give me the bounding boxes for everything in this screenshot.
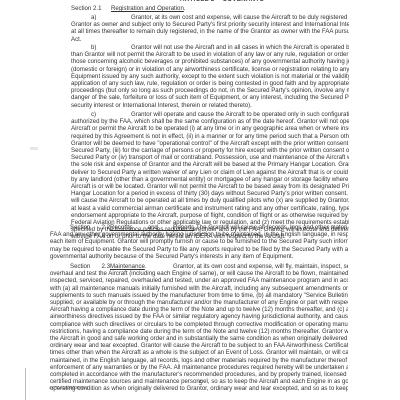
section-2-2: Section 2.2Records and Reports. The Gran… (50, 224, 348, 260)
text-line: airworthiness directives issued by the F… (50, 313, 348, 320)
text-line: required by this Agreement is not in eff… (71, 133, 349, 140)
text-line: overhaul and test the Aircraft (includin… (50, 270, 348, 277)
line-text: Grantor, at its own cost and expense, wi… (173, 263, 348, 270)
text-line: compliance with such directives or circu… (50, 321, 348, 328)
text-line: a)Grantor, at its own cost and expense, … (71, 14, 349, 21)
section-number: Section 2.1 (71, 5, 111, 12)
text-line: restrictions, having a compliance date d… (50, 328, 348, 335)
page-number: 5 (199, 381, 202, 387)
text-line: (domestic or foreign) or in violation of… (71, 66, 349, 73)
line-text: The Grantor will cause all records, logs… (196, 224, 348, 231)
text-line: those concerning alcoholic beverages or … (71, 58, 349, 65)
text-line: authorized by the FAA, which shall be th… (71, 118, 349, 125)
text-line: at least a valid commercial airman certi… (71, 205, 349, 212)
paragraph-label: b) (71, 44, 131, 51)
scan-mark (30, 147, 38, 150)
text-line: endorsement appropriate to the Aircraft,… (71, 212, 349, 219)
text-line: supplied, or available by or through the… (50, 299, 348, 306)
text-line: FAA and any other governmental authority… (50, 231, 348, 238)
text-line: each item of Equipment. Grantor will pro… (50, 238, 348, 245)
text-line: Grantor as owner and subject only to Sec… (71, 21, 349, 28)
article-heading: ARTICLE 2 – COVENANTS (180, 0, 264, 3)
section-2-1-heading: Section 2.1Registration and Operation. (71, 5, 186, 12)
text-line: completed in accordance with the manufac… (50, 371, 348, 378)
text-line: the sole risk and expense of Grantor and… (71, 161, 349, 168)
document-id: ACTIVE 50063030v1 (49, 385, 88, 390)
paragraph-label: a) (71, 14, 131, 21)
text-line: b)Grantor will not use the Aircraft and … (71, 44, 349, 51)
text-line: proceedings (but only so long as such pr… (71, 87, 349, 94)
line-text: Grantor, at its own cost and expense, wi… (131, 14, 349, 21)
text-line: Secured Party or (iv) transport of mail … (71, 154, 349, 161)
text-line: Aircraft or permit the Aircraft to be op… (71, 125, 349, 132)
text-line: by any landlord (other than a government… (71, 176, 349, 183)
text-line: Aircraft is or will be located. Grantor … (71, 183, 349, 190)
text-line: the Aircraft in good and safe working or… (50, 335, 348, 342)
text-line: danger of the sale, forfeiture or loss o… (71, 94, 349, 101)
text-line: Grantor will be deemed to have "operatio… (71, 140, 349, 147)
paragraph-2-1-b: b)Grantor will not use the Aircraft and … (71, 44, 349, 109)
section-title: Registration and Operation (111, 5, 184, 12)
text-line: Aircraft having a compliance date during… (50, 306, 348, 313)
text-line: Hangar Location for a period in excess o… (71, 190, 349, 197)
paragraph-2-1-c: c)Grantor will operate and cause the Air… (71, 111, 349, 241)
section-2-3-heading: Section 2.3Maintenance. (50, 263, 173, 270)
text-line: Section 2.2Records and Reports. The Gran… (50, 224, 348, 231)
text-line: may be required to enable the Secured Pa… (50, 246, 348, 253)
text-line: Act. (71, 36, 349, 43)
text-line: deliver to Secured Party a written waive… (71, 169, 349, 176)
text-line: governmental authority because of the Se… (50, 253, 348, 260)
text-line: maintained, in the English language, all… (50, 357, 348, 364)
section-2-2-heading: Section 2.2Records and Reports. (50, 224, 196, 231)
period: . (184, 5, 186, 12)
text-line: at all times thereafter to remain duly r… (71, 28, 349, 35)
scan-edge-line (25, 368, 26, 400)
line-text: Grantor will operate and cause the Aircr… (131, 111, 349, 118)
text-line: security interest or International Inter… (71, 102, 349, 109)
text-line: will cause the Aircraft to be operated a… (71, 197, 349, 204)
text-line: enforcement of any warranties or by the … (50, 364, 348, 371)
text-line: Secured Party, (iii) for the carriage of… (71, 147, 349, 154)
text-line: ordinary wear and tear excepted. Grantor… (50, 342, 348, 349)
text-line: supplements to such manuals issued by th… (50, 292, 348, 299)
text-line: Section 2.3Maintenance. Grantor, at its … (50, 263, 348, 270)
text-line: Equipment issued by any such authority, … (71, 73, 349, 80)
document-page: ARTICLE 2 – COVENANTS Section 2.1Registr… (0, 0, 400, 400)
text-line: than Grantor will not permit the Aircraf… (71, 51, 349, 58)
text-line: with (a) all maintenance manuals initial… (50, 285, 348, 292)
text-line: inspected, serviced, repaired, overhaule… (50, 277, 348, 284)
line-text: Grantor will not use the Aircraft and in… (131, 44, 349, 51)
paragraph-label: c) (71, 111, 131, 118)
paragraph-2-1-a: a)Grantor, at its own cost and expense, … (71, 14, 349, 43)
text-line: c)Grantor will operate and cause the Air… (71, 111, 349, 118)
section-2-3: Section 2.3Maintenance. Grantor, at its … (50, 263, 348, 393)
text-line: application of any such law, rule, regul… (71, 80, 349, 87)
text-line: times other than when the Aircraft as a … (50, 349, 348, 356)
